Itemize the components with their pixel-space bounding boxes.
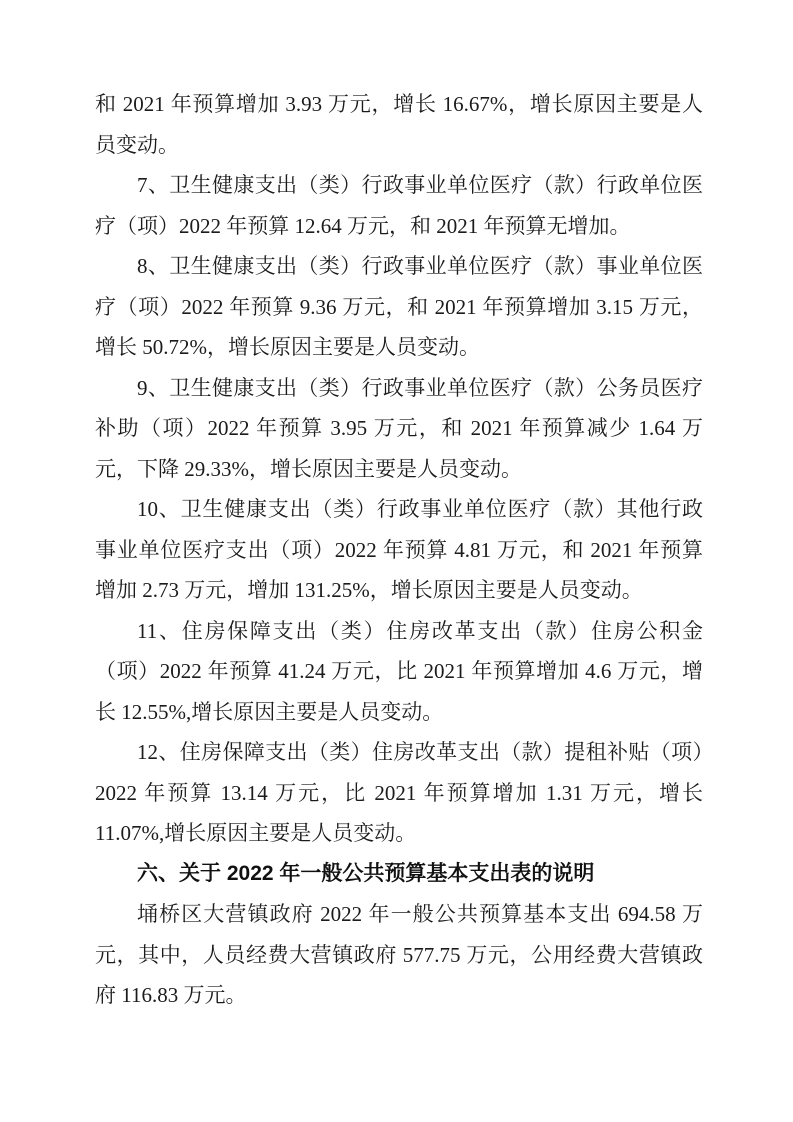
para-item-12: 12、住房保障支出（类）住房改革支出（款）提租补贴（项）2022 年预算 13.… [95, 732, 703, 854]
section-6-heading: 六、关于 2022 年一般公共预算基本支出表的说明 [95, 854, 703, 895]
document-body: 和 2021 年预算增加 3.93 万元，增长 16.67%，增长原因主要是人员… [95, 84, 703, 1016]
para-item-11: 11、住房保障支出（类）住房改革支出（款）住房公积金（项）2022 年预算 41… [95, 611, 703, 733]
para-item-8: 8、卫生健康支出（类）行政事业单位医疗（款）事业单位医疗（项）2022 年预算 … [95, 246, 703, 368]
document-page: 和 2021 年预算增加 3.93 万元，增长 16.67%，增长原因主要是人员… [0, 0, 793, 1122]
para-item-7: 7、卫生健康支出（类）行政事业单位医疗（款）行政单位医疗（项）2022 年预算 … [95, 165, 703, 246]
para-item-10: 10、卫生健康支出（类）行政事业单位医疗（款）其他行政事业单位医疗支出（项）20… [95, 489, 703, 611]
para-section-6-body: 埇桥区大营镇政府 2022 年一般公共预算基本支出 694.58 万元，其中，人… [95, 894, 703, 1016]
para-item-9: 9、卫生健康支出（类）行政事业单位医疗（款）公务员医疗补助（项）2022 年预算… [95, 368, 703, 490]
para-item6-continuation: 和 2021 年预算增加 3.93 万元，增长 16.67%，增长原因主要是人员… [95, 84, 703, 165]
